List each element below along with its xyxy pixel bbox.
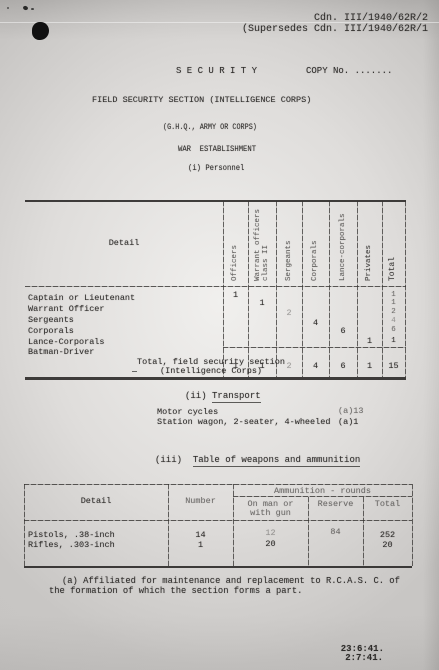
reference-number-line1: Cdn. III/1940/62R/2 bbox=[314, 14, 428, 24]
personnel-col-header-warrant-officers: Warrant officers class II bbox=[254, 201, 270, 281]
weapons-ammo-group-underline bbox=[233, 496, 412, 497]
date-line2: 2:7:41. bbox=[313, 653, 383, 663]
transport-heading-number: (ii) bbox=[185, 391, 207, 401]
ink-speck bbox=[22, 5, 28, 10]
personnel-body-total-divider bbox=[223, 347, 406, 348]
personnel-total-cell: 1 bbox=[382, 299, 405, 307]
weapons-row-number: 1 bbox=[168, 541, 233, 550]
personnel-row-label: Warrant Officer bbox=[28, 305, 105, 314]
personnel-total-cell: 1 bbox=[382, 291, 405, 299]
personnel-cell-officers: 1 bbox=[223, 291, 248, 300]
personnel-section-heading: (i) Personnel bbox=[188, 164, 244, 173]
weapons-row-detail: Rifles, .303-inch bbox=[28, 541, 115, 550]
weapons-row-on-man: 12 bbox=[233, 529, 308, 538]
stray-dash-mark bbox=[132, 371, 137, 372]
ink-speck bbox=[7, 7, 9, 9]
personnel-column-line bbox=[302, 201, 303, 377]
transport-item-label: Station wagon, 2-seater, 4-wheeled bbox=[157, 418, 330, 427]
personnel-row-label: Captain or Lieutenant bbox=[28, 294, 135, 303]
security-classification: S E C U R I T Y bbox=[176, 66, 257, 76]
weapons-table-bottom-border bbox=[24, 566, 412, 568]
weapons-table-top-border bbox=[24, 484, 412, 485]
weapons-row-number: 14 bbox=[168, 531, 233, 540]
personnel-cell-privates: 1 bbox=[357, 337, 382, 346]
transport-item-label: Motor cycles bbox=[157, 408, 218, 417]
weapons-header-ammunition-group: Ammunition - rounds bbox=[233, 487, 412, 496]
document-page: Cdn. III/1940/62R/2 (Supersedes Cdn. III… bbox=[0, 0, 439, 670]
personnel-row-label: Batman-Driver bbox=[28, 348, 94, 357]
weapons-heading-title: Table of weapons and ammunition bbox=[193, 455, 360, 467]
personnel-detail-header: Detail bbox=[25, 239, 223, 248]
personnel-col-header-sergeants: Sergeants bbox=[285, 201, 293, 281]
document-subtitle: (G.H.Q., ARMY OR CORPS) bbox=[163, 123, 257, 132]
personnel-header-divider bbox=[25, 286, 406, 287]
weapons-header-on-man: On man or with gun bbox=[233, 500, 308, 518]
personnel-cell-lance-corporals: 6 bbox=[329, 327, 357, 336]
personnel-column-line bbox=[276, 201, 277, 377]
weapons-row-total: 252 bbox=[363, 531, 412, 540]
personnel-col-header-corporals: Corporals bbox=[311, 201, 319, 281]
personnel-cell-sergeants: 2 bbox=[276, 309, 302, 318]
personnel-table-right-border bbox=[405, 201, 406, 377]
personnel-grand-total: 15 bbox=[382, 362, 405, 371]
personnel-total-row-value: 4 bbox=[302, 362, 329, 371]
personnel-row-label: Lance-Corporals bbox=[28, 338, 105, 347]
war-establishment-heading: WAR ESTABLISHMENT bbox=[178, 145, 256, 154]
personnel-row-label: Corporals bbox=[28, 327, 74, 336]
personnel-row-label: Sergeants bbox=[28, 316, 74, 325]
personnel-table-top-border bbox=[25, 200, 406, 202]
personnel-total-cell: 2 bbox=[382, 308, 405, 316]
personnel-column-line bbox=[357, 201, 358, 377]
document-title: FIELD SECURITY SECTION (INTELLIGENCE COR… bbox=[92, 96, 311, 105]
personnel-cell-corporals: 4 bbox=[302, 319, 329, 328]
personnel-total-row-value: 2 bbox=[276, 362, 302, 371]
weapons-header-reserve: Reserve bbox=[308, 500, 363, 509]
transport-heading-title: Transport bbox=[212, 391, 261, 403]
weapons-row-on-man: 20 bbox=[233, 540, 308, 549]
transport-item-value: (a)13 bbox=[338, 407, 364, 416]
personnel-total-row-value: 1 bbox=[248, 362, 276, 371]
transport-item-value: (a)1 bbox=[338, 418, 358, 427]
copy-number: COPY No. ....... bbox=[306, 66, 392, 76]
personnel-col-header-lance-corporals: Lance-corporals bbox=[339, 201, 347, 281]
personnel-table-bottom-border bbox=[25, 377, 406, 380]
personnel-column-line bbox=[248, 201, 249, 377]
ink-speck bbox=[31, 8, 34, 10]
personnel-col-header-officers: Officers bbox=[231, 201, 239, 281]
weapons-header-number: Number bbox=[168, 497, 233, 506]
personnel-col-header-total: Total bbox=[389, 201, 397, 281]
personnel-column-line bbox=[223, 201, 224, 377]
footnote-line2: the formation of which the section forms… bbox=[49, 586, 302, 596]
footnote-line1: (a) Affiliated for maintenance and repla… bbox=[62, 576, 400, 586]
weapons-header-total: Total bbox=[363, 500, 412, 509]
personnel-column-line bbox=[382, 201, 383, 377]
transport-heading: (ii) Transport bbox=[185, 391, 261, 401]
weapons-table-right-border bbox=[412, 484, 413, 566]
weapons-heading: (iii) Table of weapons and ammunition bbox=[155, 455, 360, 465]
weapons-header-detail: Detail bbox=[24, 497, 168, 506]
punch-hole-mark bbox=[32, 22, 49, 40]
weapons-column-line bbox=[233, 484, 234, 566]
personnel-total-row-value: 6 bbox=[329, 362, 357, 371]
personnel-total-cell: 6 bbox=[382, 326, 405, 334]
personnel-col-header-privates: Privates bbox=[365, 201, 373, 281]
reference-number-line2: (Supersedes Cdn. III/1940/62R/1 bbox=[242, 25, 428, 35]
weapons-row-total: 20 bbox=[363, 541, 412, 550]
personnel-total-cell: 4 bbox=[382, 317, 405, 325]
weapons-heading-number: (iii) bbox=[155, 455, 182, 465]
personnel-total-row-value: 1 bbox=[357, 362, 382, 371]
personnel-total-row-value: 1 bbox=[223, 362, 248, 371]
weapons-header-divider bbox=[24, 520, 412, 521]
personnel-total-cell: 1 bbox=[382, 337, 405, 345]
personnel-cell-warrant-officers: 1 bbox=[248, 299, 276, 308]
weapons-row-detail: Pistols, .38-inch bbox=[28, 531, 115, 540]
personnel-column-line bbox=[329, 201, 330, 377]
weapons-row-reserve: 84 bbox=[308, 528, 363, 537]
